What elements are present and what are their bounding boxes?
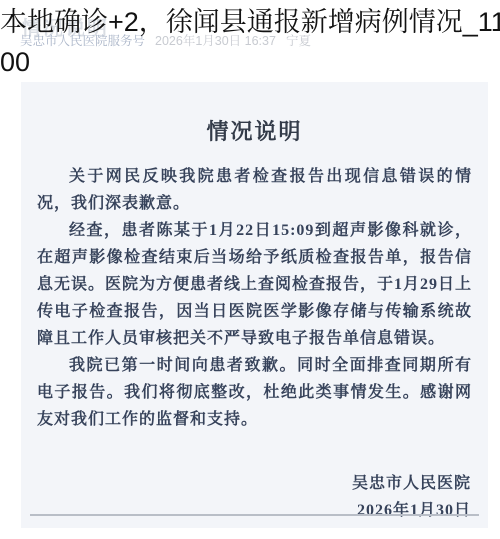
- notice-title: 情况说明: [21, 115, 488, 146]
- signature-org: 吴忠市人民医院: [21, 470, 471, 497]
- page-title-line1: 本地确诊+2，徐闻县通报新增病例情况_116: [0, 2, 500, 42]
- notice-paragraph: 我院已第一时间向患者致歉。同时全面排查同期所有电子报告。我们将彻底整改，杜绝此类…: [37, 352, 472, 433]
- notice-paragraph: 经查，患者陈某于1月22日15:09到超声影像科就诊，在超声影像检查结束后当场给…: [37, 217, 472, 352]
- notice-divider: [30, 514, 479, 516]
- page-title: 本地确诊+2，徐闻县通报新增病例情况_116 00: [0, 2, 500, 82]
- article-page: 情况说明 吴忠市人民医院服务号2026年1月30日 16:37宁夏 本地确诊+2…: [0, 0, 500, 539]
- signature-date: 2026年1月30日: [21, 497, 471, 524]
- notice-paragraph: 关于网民反映我院患者检查报告出现信息错误的情况，我们深表歉意。: [37, 163, 472, 217]
- notice-image: 情况说明 关于网民反映我院患者检查报告出现信息错误的情况，我们深表歉意。 经查，…: [21, 82, 488, 528]
- notice-body: 关于网民反映我院患者检查报告出现信息错误的情况，我们深表歉意。 经查，患者陈某于…: [21, 163, 488, 433]
- page-title-line2: 00: [0, 42, 500, 82]
